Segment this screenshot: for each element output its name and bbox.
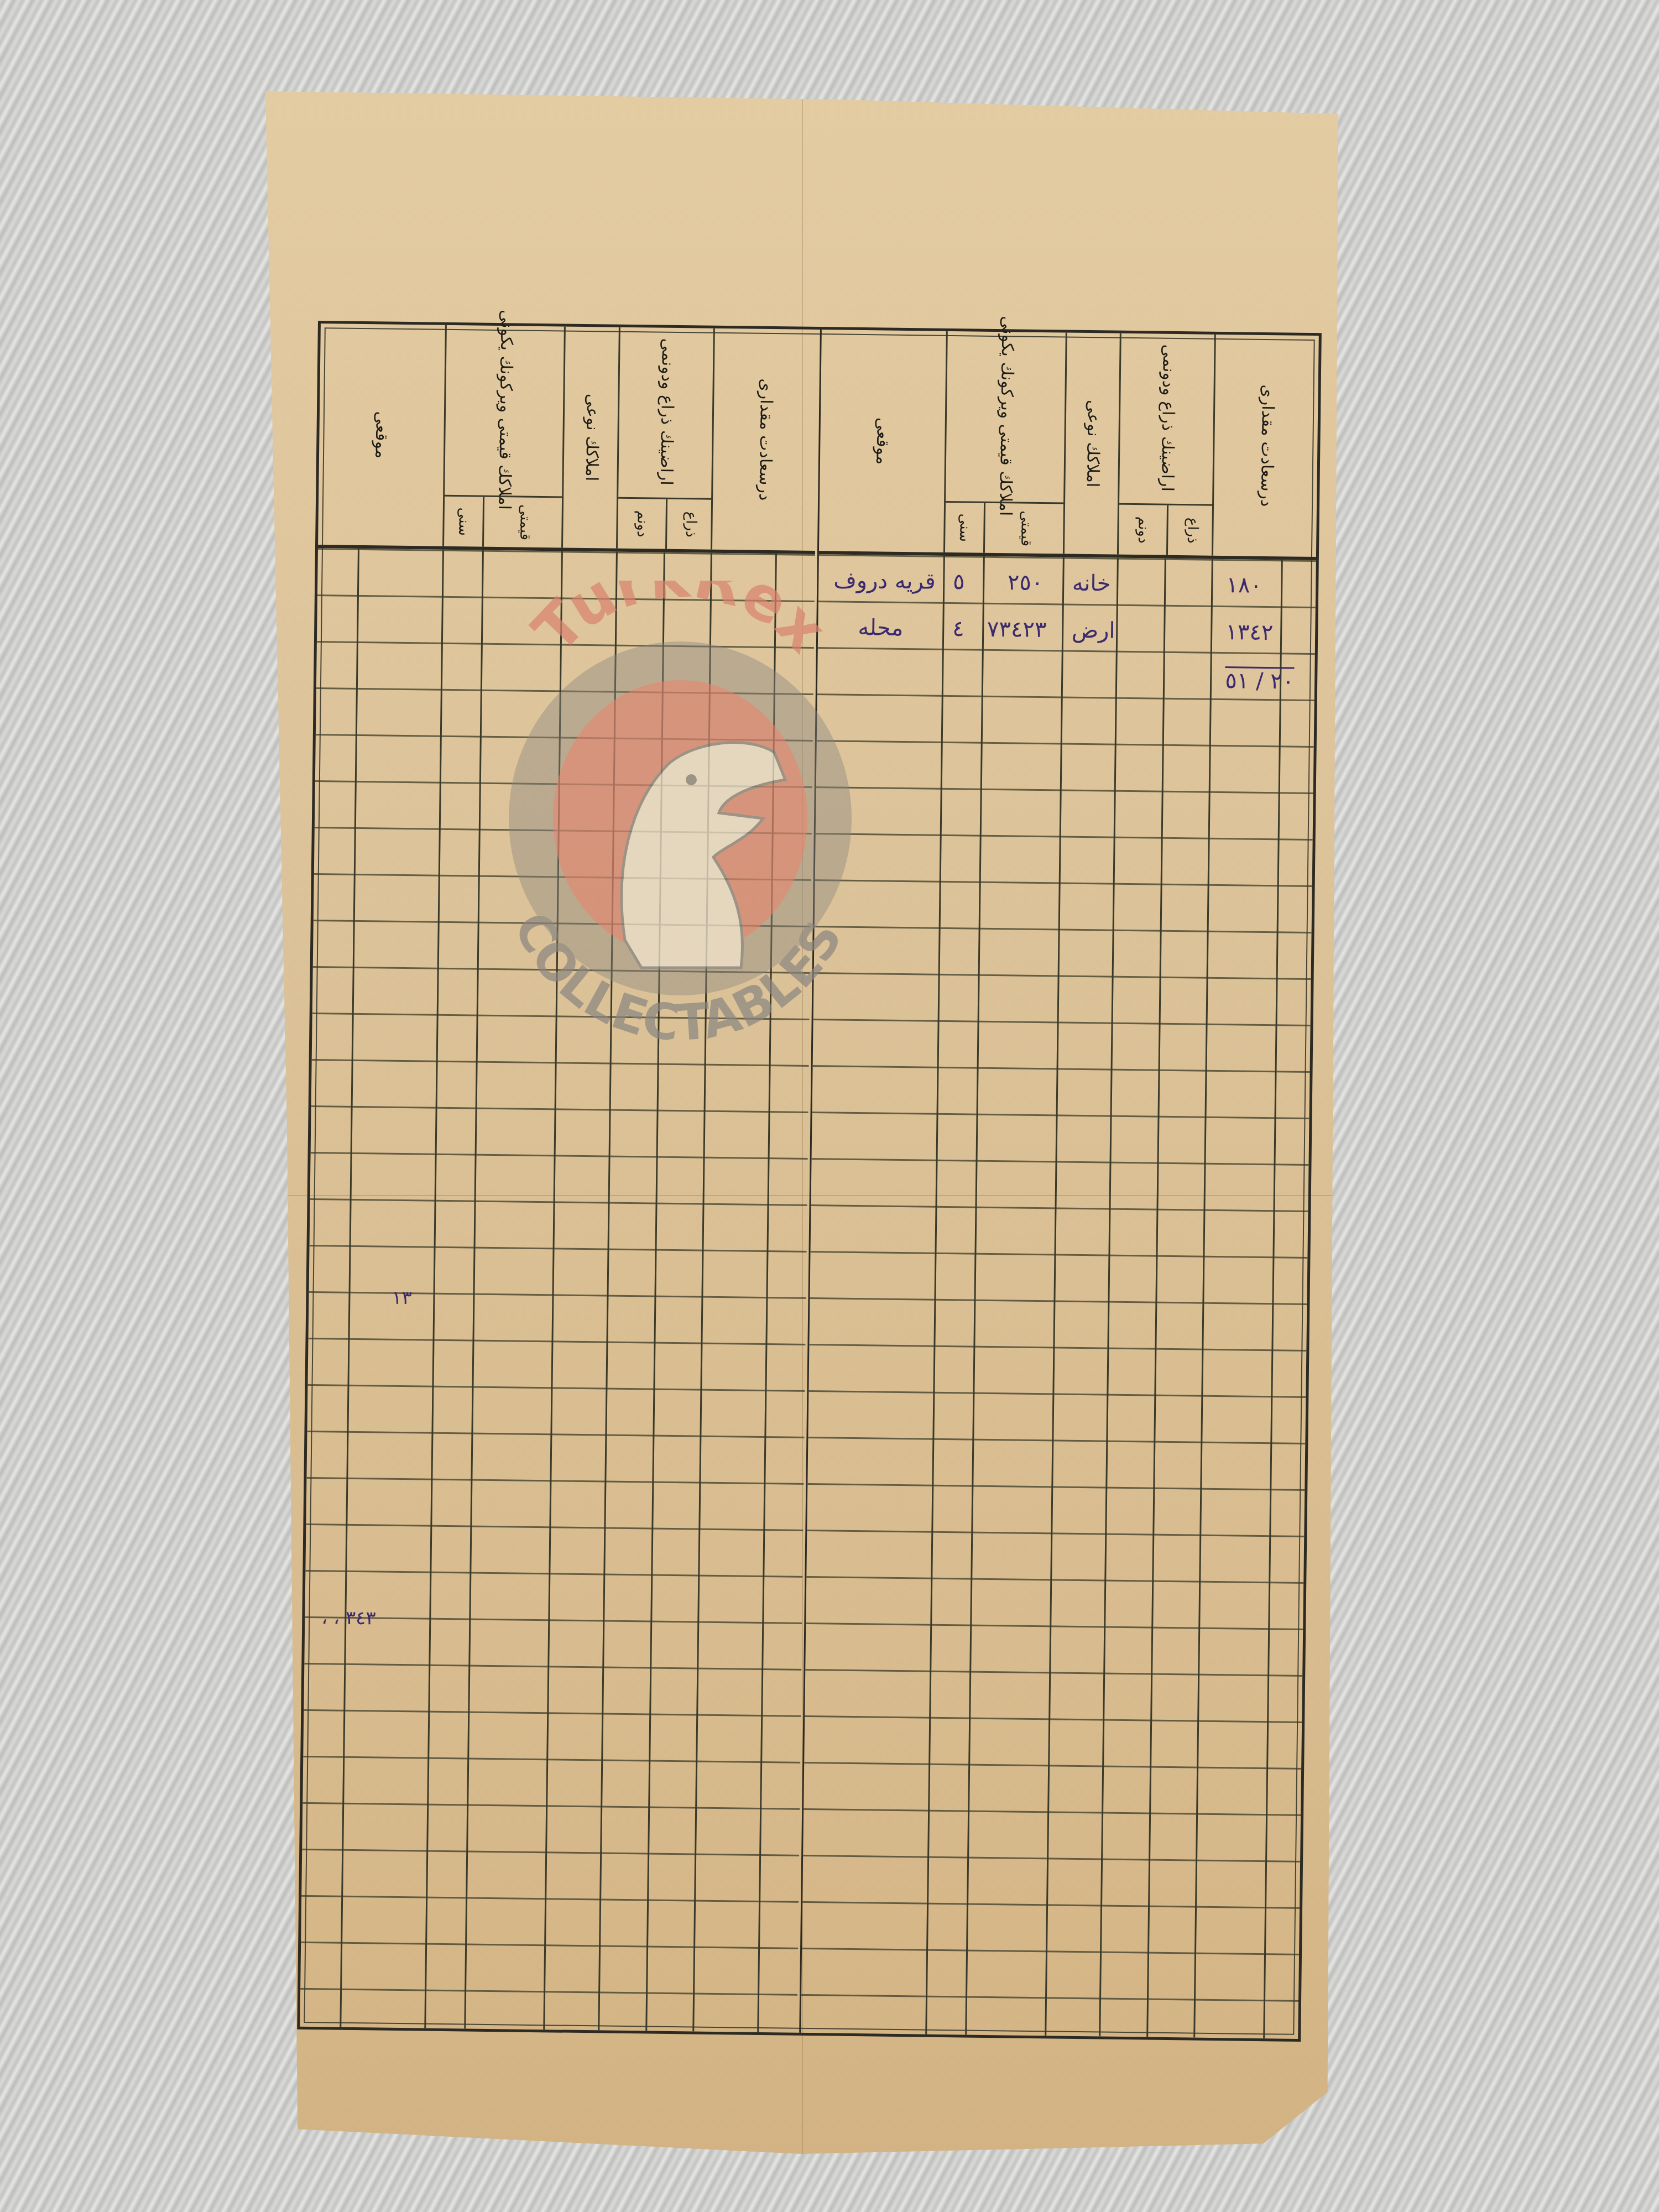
header-mevki: موقعی xyxy=(819,330,946,552)
annotation-2: ٣٤٣ ، ، xyxy=(321,1606,376,1629)
entry-3-miktar-total: ٢٠ / ٥١ xyxy=(1225,666,1294,695)
header-arazi: اراضینك ذراع ودونمی دونم ذراع xyxy=(1117,333,1216,556)
entry-2-kiymet: ٧٣٤٢٣ xyxy=(987,617,1047,643)
subheader-kiymet: سنی قیمتی xyxy=(945,501,1065,554)
entry-2-sene: ٤ xyxy=(952,616,964,641)
header-nevi: املاكك نوعی xyxy=(561,326,620,548)
header-arazi: اراضینك ذراع ودونمی دونم ذراع xyxy=(616,327,715,550)
t-rex-icon: TurkRex COLLECTABLES xyxy=(487,581,874,1078)
subheader-kiymet: سنی قیمتی xyxy=(444,495,564,548)
header-miktar: درسعادت مقداری xyxy=(711,328,820,551)
header-nevi: املاكك نوعی xyxy=(1063,333,1122,555)
header-kiymet: املاكك قیمتی ویركونك یكونی سنی قیمتی xyxy=(442,325,566,548)
entry-1-miktar: ١٨٠ xyxy=(1226,572,1262,598)
entry-1-kiymet: ٢٥٠ xyxy=(1008,570,1044,596)
turkrex-watermark: TurkRex COLLECTABLES xyxy=(487,581,874,1078)
header-row-right: موقعی املاكك قیمتی ویركونك یكونی سنی قیم… xyxy=(819,330,1319,560)
header-mevki: موقعی xyxy=(318,324,445,546)
entry-1-sene: ٥ xyxy=(953,569,965,594)
entry-1-nevi: خانه xyxy=(1072,571,1111,597)
header-row-left: موقعی املاكك قیمتی ویركونك یكونی سنی قیم… xyxy=(318,324,818,554)
entry-2-nevi: ارض xyxy=(1072,618,1115,644)
table-left-half: موقعی املاكك قیمتی ویركونك یكونی سنی قیم… xyxy=(300,324,817,2033)
subheader-arazi: دونم ذراع xyxy=(618,497,713,550)
subheader-arazi: دونم ذراع xyxy=(1119,503,1214,556)
entry-2-miktar: ١٣٤٢ xyxy=(1225,619,1273,645)
header-miktar: درسعادت مقداری xyxy=(1212,335,1321,557)
grid-rows-right xyxy=(801,554,1316,2039)
annotation-1: ١٣ xyxy=(392,1287,412,1309)
header-kiymet: املاكك قیمتی ویركونك یكونی سنی قیمتی xyxy=(943,331,1067,554)
table-right-half: موقعی املاكك قیمتی ویركونك یكونی سنی قیم… xyxy=(799,330,1318,2039)
ledger-table: موقعی املاكك قیمتی ویركونك یكونی سنی قیم… xyxy=(297,321,1322,2042)
